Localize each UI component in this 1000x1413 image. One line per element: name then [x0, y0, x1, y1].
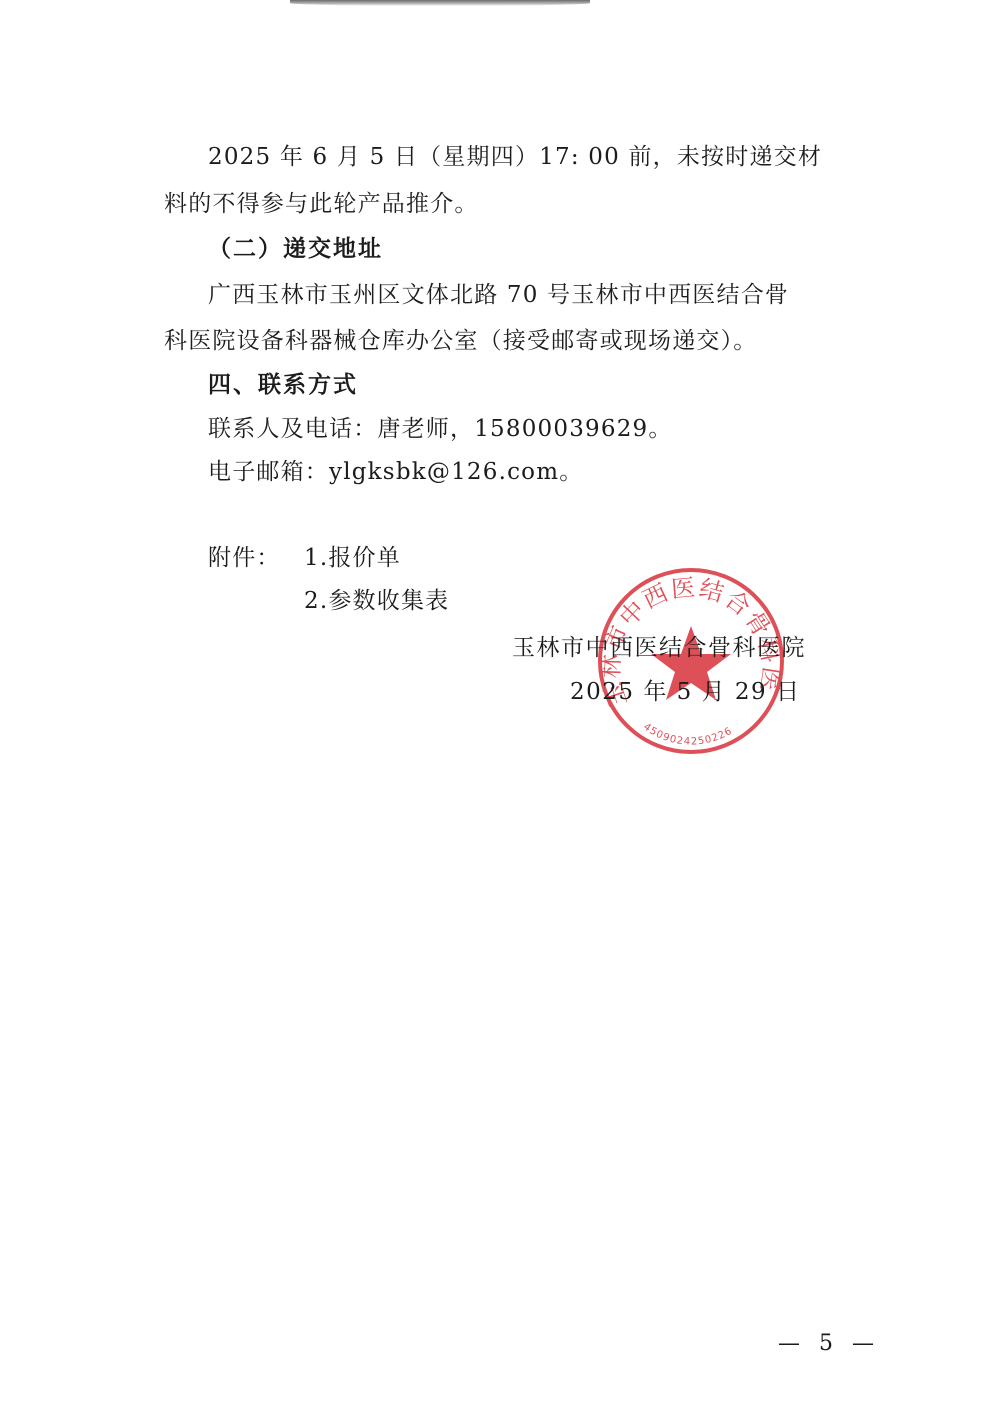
deadline-line-1: 2025 年 6 月 5 日（星期四）17: 00 前，未按时递交材 [208, 141, 822, 173]
section-heading-address: （二）递交地址 [208, 233, 383, 265]
svg-text:4509024250226: 4509024250226 [641, 722, 734, 748]
attachment-item: 1.报价单 [304, 542, 401, 574]
deadline-line-2: 料的不得参与此轮产品推介。 [164, 188, 479, 220]
seal-code: 4509024250226 [641, 722, 734, 748]
address-line-1: 广西玉林市玉州区文体北路 70 号玉林市中西医结合骨 [208, 279, 789, 311]
address-line-2: 科医院设备科器械仓库办公室（接受邮寄或现场递交）。 [164, 325, 758, 357]
signing-organization: 玉林市中西医结合骨科医院 [512, 632, 806, 664]
attachment-item: 2.参数收集表 [304, 585, 449, 617]
scan-shadow [290, 0, 590, 6]
signing-date: 2025 年 5 月 29 日 [570, 676, 801, 708]
contact-phone: 联系人及电话：唐老师，15800039629。 [208, 413, 673, 445]
attachments-label: 附件： [208, 542, 281, 574]
section-heading-contact: 四、联系方式 [208, 369, 358, 401]
page-number: — 5 — [778, 1331, 880, 1356]
contact-email: 电子邮箱：ylgksbk@126.com。 [208, 456, 583, 488]
